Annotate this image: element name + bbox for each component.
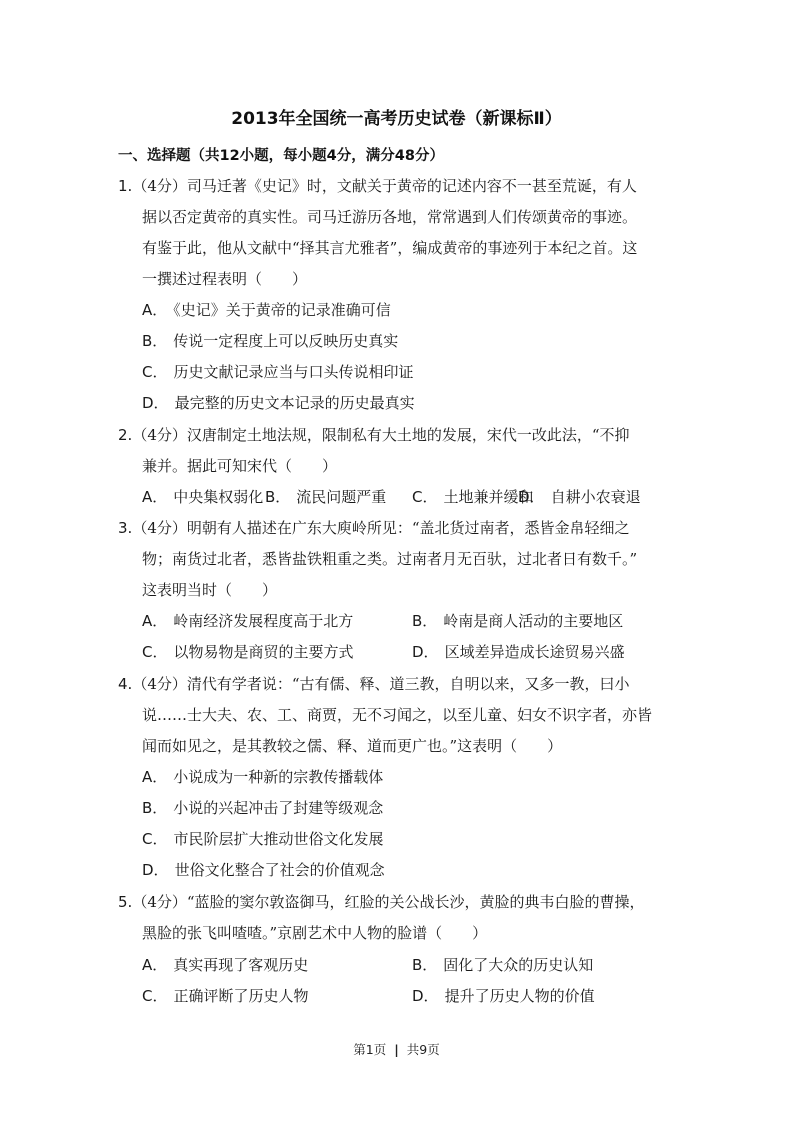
question-line: 3.（4分）明朝有人描述在广东大庾岭所见：“盖北货过南者，悉皆金帛轻细之 bbox=[118, 518, 630, 538]
option-b: B．小说的兴起冲击了封建等级观念 bbox=[142, 798, 383, 818]
option-letter: C． bbox=[142, 363, 167, 381]
question-line: 有鉴于此，他从文献中“择其言尤雅者”，编成黄帝的事迹列于本纪之首。这 bbox=[142, 238, 637, 258]
question-line: 兼并。据此可知宋代（ ） bbox=[142, 456, 337, 476]
question-text: （4分）“蓝脸的窦尔敦盗御马，红脸的关公战长沙，黄脸的典韦白脸的曹操， bbox=[132, 893, 644, 911]
option-letter: B． bbox=[142, 799, 167, 817]
option-letter: C． bbox=[142, 830, 167, 848]
question-number: 2. bbox=[118, 426, 132, 444]
option-text: 小说成为一种新的宗教传播载体 bbox=[173, 768, 383, 786]
option-text: 正确评断了历史人物 bbox=[173, 987, 308, 1005]
option-d: D．自耕小农衰退 bbox=[518, 487, 641, 507]
option-text: 提升了历史人物的价值 bbox=[445, 987, 595, 1005]
option-c: C．历史文献记录应当与口头传说相印证 bbox=[142, 362, 414, 382]
option-letter: A． bbox=[142, 612, 167, 630]
section-heading: 一、选择题（共12小题，每小题4分，满分48分） bbox=[118, 144, 444, 165]
question-line: 这表明当时（ ） bbox=[142, 580, 277, 600]
question-line: 2.（4分）汉唐制定土地法规，限制私有大土地的发展，宋代一改此法，“不抑 bbox=[118, 425, 630, 445]
question-line: 说……士大夫、农、工、商贾，无不习闻之，以至儿童、妇女不识字者，亦皆 bbox=[142, 705, 652, 725]
option-text: 岭南是商人活动的主要地区 bbox=[443, 612, 623, 630]
question-line: 黑脸的张飞叫喳喳。”京剧艺术中人物的脸谱（ ） bbox=[142, 923, 487, 943]
option-text: 区域差异造成长途贸易兴盛 bbox=[445, 643, 625, 661]
footer-separator: | bbox=[394, 1042, 399, 1057]
option-text: 传说一定程度上可以反映历史真实 bbox=[173, 332, 398, 350]
current-page: 第1页 bbox=[353, 1042, 386, 1057]
option-text: 流民问题严重 bbox=[296, 488, 386, 506]
option-letter: D． bbox=[412, 643, 439, 661]
question-number: 1. bbox=[118, 177, 132, 195]
question-text: （4分）司马迁著《史记》时，文献关于黄帝的记述内容不一甚至荒诞，有人 bbox=[132, 177, 637, 195]
question-text: （4分）汉唐制定土地法规，限制私有大土地的发展，宋代一改此法，“不抑 bbox=[132, 426, 629, 444]
exam-page: 2013年全国统一高考历史试卷（新课标Ⅱ） 一、选择题（共12小题，每小题4分，… bbox=[0, 0, 793, 1122]
option-text: 中央集权弱化 bbox=[173, 488, 263, 506]
option-letter: A． bbox=[142, 301, 167, 319]
option-b: B．岭南是商人活动的主要地区 bbox=[412, 611, 623, 631]
option-c: C．市民阶层扩大推动世俗文化发展 bbox=[142, 829, 384, 849]
option-a: A．《史记》关于黄帝的记录准确可信 bbox=[142, 300, 391, 320]
option-text: 市民阶层扩大推动世俗文化发展 bbox=[173, 830, 383, 848]
option-d: D．区域差异造成长途贸易兴盛 bbox=[412, 642, 625, 662]
option-letter: A． bbox=[142, 488, 167, 506]
option-letter: D． bbox=[518, 488, 545, 506]
question-line: 1.（4分）司马迁著《史记》时，文献关于黄帝的记述内容不一甚至荒诞，有人 bbox=[118, 176, 637, 196]
option-letter: C． bbox=[412, 488, 437, 506]
option-c: C．正确评断了历史人物 bbox=[142, 986, 309, 1006]
question-number: 4. bbox=[118, 675, 132, 693]
question-line: 闻而如见之，是其教较之儒、释、道而更广也。”这表明（ ） bbox=[142, 736, 562, 756]
option-text: 岭南经济发展程度高于北方 bbox=[173, 612, 353, 630]
option-text: 以物易物是商贸的主要方式 bbox=[173, 643, 353, 661]
option-letter: D． bbox=[412, 987, 439, 1005]
option-text: 自耕小农衰退 bbox=[551, 488, 641, 506]
question-line: 4.（4分）清代有学者说：“古有儒、释、道三教，自明以来，又多一教，曰小 bbox=[118, 674, 630, 694]
page-footer: 第1页|共9页 bbox=[0, 1040, 793, 1058]
option-text: 最完整的历史文本记录的历史最真实 bbox=[175, 394, 415, 412]
question-line: 据以否定黄帝的真实性。司马迁游历各地，常常遇到人们传颂黄帝的事迹。 bbox=[142, 207, 637, 227]
option-c: C．以物易物是商贸的主要方式 bbox=[142, 642, 354, 662]
option-letter: B． bbox=[412, 612, 437, 630]
option-a: A．岭南经济发展程度高于北方 bbox=[142, 611, 353, 631]
option-a: A．小说成为一种新的宗教传播载体 bbox=[142, 767, 383, 787]
option-d: D．世俗文化整合了社会的价值观念 bbox=[142, 860, 385, 880]
question-text: （4分）清代有学者说：“古有儒、释、道三教，自明以来，又多一教，曰小 bbox=[132, 675, 629, 693]
option-text: 固化了大众的历史认知 bbox=[443, 956, 593, 974]
option-a: A．中央集权弱化 bbox=[142, 487, 263, 507]
option-c: C．土地兼并缓和 bbox=[412, 487, 534, 507]
option-letter: B． bbox=[142, 332, 167, 350]
option-b: B．传说一定程度上可以反映历史真实 bbox=[142, 331, 398, 351]
option-letter: D． bbox=[142, 394, 169, 412]
option-b: B．固化了大众的历史认知 bbox=[412, 955, 593, 975]
option-text: 《史记》关于黄帝的记录准确可信 bbox=[173, 301, 391, 319]
question-line: 一撰述过程表明（ ） bbox=[142, 269, 307, 289]
question-number: 5. bbox=[118, 893, 132, 911]
question-number: 3. bbox=[118, 519, 132, 537]
option-d: D．最完整的历史文本记录的历史最真实 bbox=[142, 393, 415, 413]
question-line: 物；南货过北者，悉皆盐铁粗重之类。过南者月无百驮，过北者日有数千。” bbox=[142, 549, 637, 569]
option-text: 真实再现了客观历史 bbox=[173, 956, 308, 974]
total-pages: 共9页 bbox=[407, 1042, 440, 1057]
option-letter: C． bbox=[142, 987, 167, 1005]
option-text: 历史文献记录应当与口头传说相印证 bbox=[173, 363, 413, 381]
option-letter: A． bbox=[142, 956, 167, 974]
exam-title: 2013年全国统一高考历史试卷（新课标Ⅱ） bbox=[0, 104, 793, 129]
option-a: A．真实再现了客观历史 bbox=[142, 955, 308, 975]
option-text: 世俗文化整合了社会的价值观念 bbox=[175, 861, 385, 879]
question-text: （4分）明朝有人描述在广东大庾岭所见：“盖北货过南者，悉皆金帛轻细之 bbox=[132, 519, 629, 537]
option-text: 小说的兴起冲击了封建等级观念 bbox=[173, 799, 383, 817]
option-d: D．提升了历史人物的价值 bbox=[412, 986, 595, 1006]
option-letter: D． bbox=[142, 861, 169, 879]
option-letter: A． bbox=[142, 768, 167, 786]
question-line: 5.（4分）“蓝脸的窦尔敦盗御马，红脸的关公战长沙，黄脸的典韦白脸的曹操， bbox=[118, 892, 645, 912]
option-letter: B． bbox=[265, 488, 290, 506]
option-letter: B． bbox=[412, 956, 437, 974]
option-letter: C． bbox=[142, 643, 167, 661]
option-b: B．流民问题严重 bbox=[265, 487, 386, 507]
